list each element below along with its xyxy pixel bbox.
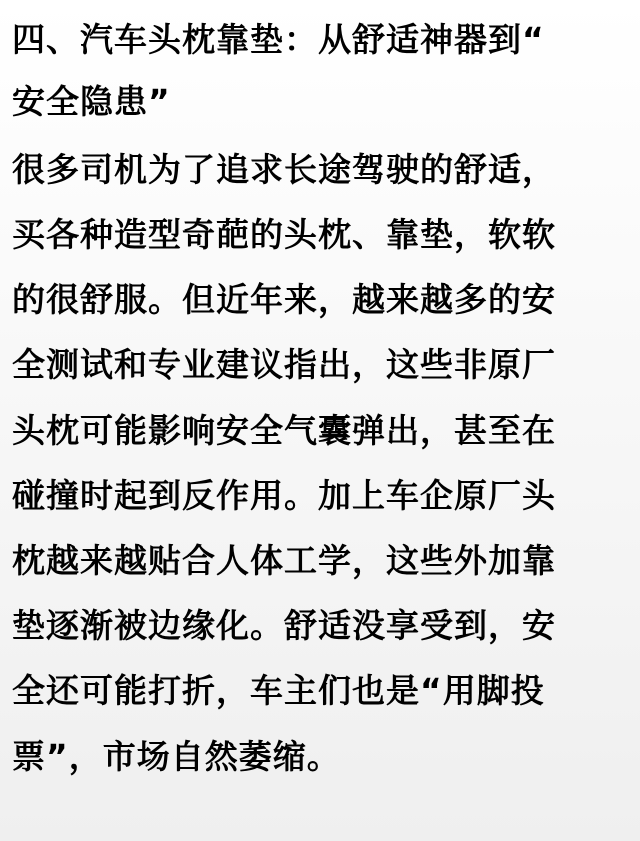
body-line: 垫逐渐被边缘化。舒适没享受到，安 [12,606,556,646]
article-page: 四、汽车头枕靠垫：从舒适神器到“ 安全隐患” 很多司机为了追求长途驾驶的舒适， … [0,0,640,841]
heading-line: 四、汽车头枕靠垫：从舒适神器到“ [12,20,545,60]
body-line: 碰撞时起到反作用。加上车企原厂头 [12,476,556,516]
body-line: 枕越来越贴合人体工学，这些外加靠 [12,541,556,581]
body-line: 全还可能打折，车主们也是“用脚投 [12,671,545,711]
body-line: 头枕可能影响安全气囊弹出，甚至在 [12,411,556,451]
body-line: 票”，市场自然萎缩。 [12,737,341,777]
body-line: 的很舒服。但近年来，越来越多的安 [12,280,556,320]
body-line: 全测试和专业建议指出，这些非原厂 [12,345,556,385]
body-line: 很多司机为了追求长途驾驶的舒适， [12,150,556,190]
body-line: 买各种造型奇葩的头枕、靠垫，软软 [12,215,556,255]
heading-line: 安全隐患” [12,82,171,122]
